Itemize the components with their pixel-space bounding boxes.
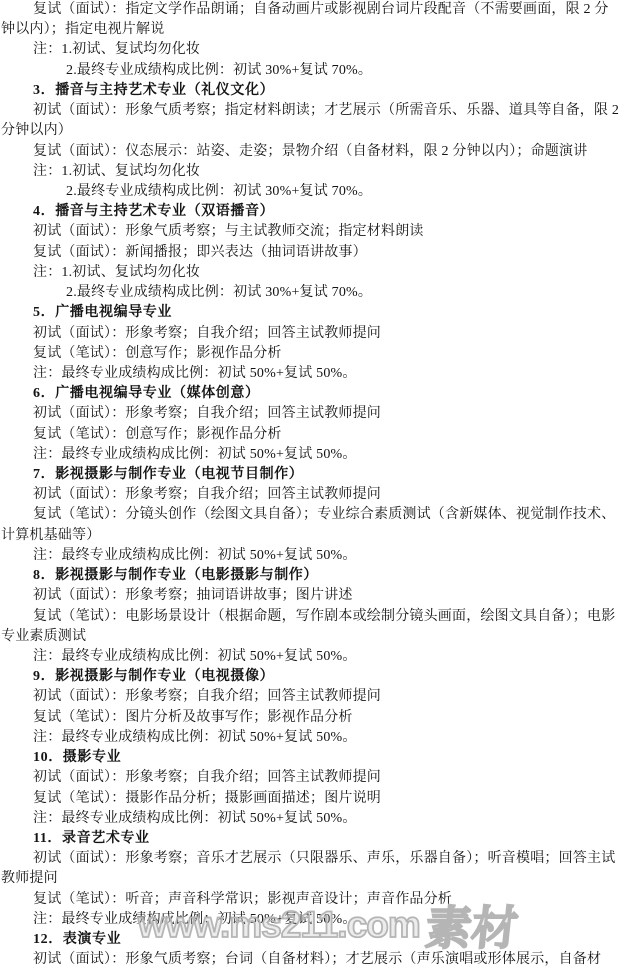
section-heading: 5．广播电视编导专业 — [0, 303, 628, 323]
text-line: 初试（面试）：形象气质考察；指定材料朗读；才艺展示（所需音乐、乐器、道具等自备，… — [0, 101, 628, 121]
section-heading: 4．播音与主持艺术专业（双语播音） — [0, 202, 628, 222]
text-line: 初试（面试）：形象气质考察；台词（自备材料）；才艺展示（声乐演唱或形体展示，自备… — [0, 950, 628, 970]
section-heading: 6．广播电视编导专业（媒体创意） — [0, 384, 628, 404]
text-line: 注：1.初试、复试均勿化妆 — [0, 40, 628, 60]
section-heading: 11．录音艺术专业 — [0, 829, 628, 849]
text-line: 分钟以内） — [0, 121, 628, 141]
text-line: 初试（面试）：形象考察；音乐才艺展示（只限器乐、声乐，乐器自备）；听音模唱；回答… — [0, 849, 628, 869]
section-heading: 3．播音与主持艺术专业（礼仪文化） — [0, 81, 628, 101]
text-line: 复试（笔试）：电影场景设计（根据命题，写作剧本或绘制分镜头画面，绘图文具自备）；… — [0, 607, 628, 627]
text-line: 注：1.初试、复试均勿化妆 — [0, 263, 628, 283]
text-line: 复试（笔试）：摄影作品分析；摄影画面描述；图片说明 — [0, 789, 628, 809]
text-line: 计算机基础等） — [0, 526, 628, 546]
document-body: 复试（面试）：指定文学作品朗诵；自备动画片或影视剧台词片段配音（不需要画面，限 … — [0, 0, 628, 971]
text-line: 2.最终专业成绩构成比例：初试 30%+复试 70%。 — [0, 61, 628, 81]
text-line: 复试（面试）：指定文学作品朗诵；自备动画片或影视剧台词片段配音（不需要画面，限 … — [0, 0, 628, 20]
section-heading: 8．影视摄影与制作专业（电影摄影与制作） — [0, 566, 628, 586]
text-line: 注：最终专业成绩构成比例：初试 50%+复试 50%。 — [0, 364, 628, 384]
text-line: 复试（笔试）：图片分析及故事写作；影视作品分析 — [0, 708, 628, 728]
text-line: 注：最终专业成绩构成比例：初试 50%+复试 50%。 — [0, 809, 628, 829]
text-line: 注：最终专业成绩构成比例：初试 50%+复试 50%。 — [0, 910, 628, 930]
text-line: 复试（笔试）：分镜头创作（绘图文具自备）；专业综合素质测试（含新媒体、视觉制作技… — [0, 505, 628, 525]
text-line: 初试（面试）：形象考察；自我介绍；回答主试教师提问 — [0, 485, 628, 505]
text-line: 初试（面试）：形象考察；自我介绍；回答主试教师提问 — [0, 768, 628, 788]
text-line: 教师提问 — [0, 869, 628, 889]
text-line: 初试（面试）：形象考察；自我介绍；回答主试教师提问 — [0, 687, 628, 707]
text-line: 注：最终专业成绩构成比例：初试 50%+复试 50%。 — [0, 546, 628, 566]
section-heading: 12．表演专业 — [0, 930, 628, 950]
text-line: 复试（面试）：新闻播报；即兴表达（抽词语讲故事） — [0, 243, 628, 263]
text-line: 初试（面试）：形象气质考察；与主试教师交流；指定材料朗读 — [0, 222, 628, 242]
text-line: 复试（笔试）：创意写作；影视作品分析 — [0, 344, 628, 364]
text-line: 复试（笔试）：听音；声音科学常识；影视声音设计；声音作品分析 — [0, 890, 628, 910]
text-line: 2.最终专业成绩构成比例：初试 30%+复试 70%。 — [0, 283, 628, 303]
text-line: 钟以内）；指定电视片解说 — [0, 20, 628, 40]
section-heading: 9．影视摄影与制作专业（电视摄像） — [0, 667, 628, 687]
text-line: 注：最终专业成绩构成比例：初试 50%+复试 50%。 — [0, 728, 628, 748]
text-line: 初试（面试）：形象考察；自我介绍；回答主试教师提问 — [0, 324, 628, 344]
section-heading: 10．摄影专业 — [0, 748, 628, 768]
text-line: 初试（面试）：形象考察；抽词语讲故事；图片讲述 — [0, 586, 628, 606]
text-line: 2.最终专业成绩构成比例：初试 30%+复试 70%。 — [0, 182, 628, 202]
text-line: 复试（面试）：仪态展示：站姿、走姿；景物介绍（自备材料，限 2 分钟以内）；命题… — [0, 142, 628, 162]
section-heading: 7．影视摄影与制作专业（电视节目制作） — [0, 465, 628, 485]
text-line: 专业素质测试 — [0, 627, 628, 647]
text-line: 初试（面试）：形象考察；自我介绍；回答主试教师提问 — [0, 404, 628, 424]
text-line: 注：最终专业成绩构成比例：初试 50%+复试 50%。 — [0, 647, 628, 667]
text-line: 复试（笔试）：创意写作；影视作品分析 — [0, 425, 628, 445]
text-line: 注：最终专业成绩构成比例：初试 50%+复试 50%。 — [0, 445, 628, 465]
text-line: 注：1.初试、复试均勿化妆 — [0, 162, 628, 182]
